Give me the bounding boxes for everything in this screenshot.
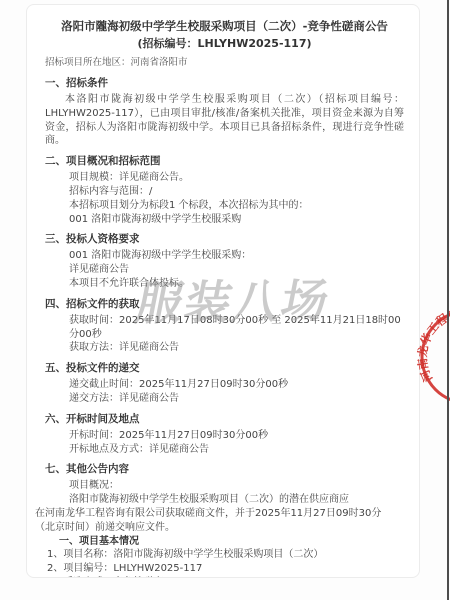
bid-number-subtitle: (招标编号：LHLYHW2025-117) [45,35,404,53]
section-line: 递交方法：详见磋商公告 [45,392,404,406]
section-bid-submission: 五、投标文件的递交 递交截止时间：2025年11月27日09时30分00秒 递交… [45,361,404,406]
section-bid-conditions: 一、招标条件 本洛阳市陇海初级中学学生校服采购项目（二次）（招标项目编号：LHL… [45,76,404,148]
announcement-document: 洛阳市隴海初级中学学生校服采购项目（二次）-竞争性磋商公告 (招标编号：LHLY… [26,4,420,578]
window-right-edge [447,0,449,600]
section-bidder-qualification: 三、投标人资格要求 001 洛阳市陇海初级中学学生校服采购： 详见磋商公告 本项… [45,232,404,290]
section-heading: 三、投标人资格要求 [45,232,404,247]
section-line: 开标地点及方式：详见磋商公告 [45,443,404,457]
section-heading: 一、招标条件 [45,76,404,91]
section-line: 获取时间：2025年11月17日08时30分00秒 至 2025年11月21日1… [45,314,404,342]
section-bid-opening: 六、开标时间及地点 开标时间：2025年11月27日09时30分00秒 开标地点… [45,412,404,457]
section-line: 2、项目编号：LHLYHW2025-117 [45,562,404,576]
section-paragraph: 本洛阳市陇海初级中学学生校服采购项目（二次）（招标项目编号：LHLYHW2025… [45,93,404,148]
section-line: 1、项目名称：洛阳市陇海初级中学学生校服采购项目（二次） [45,548,404,562]
seal-company-name: 河南龙华工程咨询有限公司 [415,304,450,384]
svg-text:河南龙华工程咨询有限公司: 河南龙华工程咨询有限公司 [415,304,450,384]
region-line: 招标项目所在地区：河南省洛阳市 [45,56,404,70]
section-document-acquisition: 四、招标文件的获取 获取时间：2025年11月17日08时30分00秒 至 20… [45,297,404,355]
section-line: 本招标项目划分为标段1 个标段，本次招标为其中的： [45,199,404,213]
subsection-heading: 一、项目基本情况 [45,535,404,549]
section-line: 001 洛阳市陇海初级中学学生校服采购 [45,213,404,227]
section-project-scope: 二、项目概况和招标范围 项目规模：详见磋商公告。 招标内容与范围：/ 本招标项目… [45,154,404,226]
section-line: 本项目不允许联合体投标。 [45,277,404,291]
section-heading: 四、招标文件的获取 [45,297,404,312]
section-line: 详见磋商公告 [45,263,404,277]
section-line: 递交截止时间：2025年11月27日09时30分00秒 [45,378,404,392]
section-line: （北京时间）前递交响应文件。 [35,521,404,535]
section-heading: 六、开标时间及地点 [45,412,404,427]
section-heading: 五、投标文件的递交 [45,361,404,376]
section-line: 在河南龙华工程咨询有限公司获取磋商文件，并于2025年11月27日09时30分 [35,507,404,521]
section-line: 001 洛阳市陇海初级中学学生校服采购： [45,249,404,263]
section-line: 招标内容与范围：/ [45,185,404,199]
section-line: 开标时间：2025年11月27日09时30分00秒 [45,429,404,443]
section-other-content: 七、其他公告内容 项目概况： 洛阳市陇海初级中学学生校服采购项目（二次）的潜在供… [45,462,404,578]
section-line: 项目概况： [45,479,404,493]
section-line: 3、采购方式：竞争性磋商 [45,576,404,578]
section-line: 洛阳市陇海初级中学学生校服采购项目（二次）的潜在供应商应 [45,493,404,507]
section-heading: 二、项目概况和招标范围 [45,154,404,169]
section-heading: 七、其他公告内容 [45,462,404,477]
section-line: 获取方法：详见磋商公告 [45,341,404,355]
section-line: 项目规模：详见磋商公告。 [45,171,404,185]
page-title: 洛阳市隴海初级中学学生校服采购项目（二次）-竞争性磋商公告 [45,17,404,35]
